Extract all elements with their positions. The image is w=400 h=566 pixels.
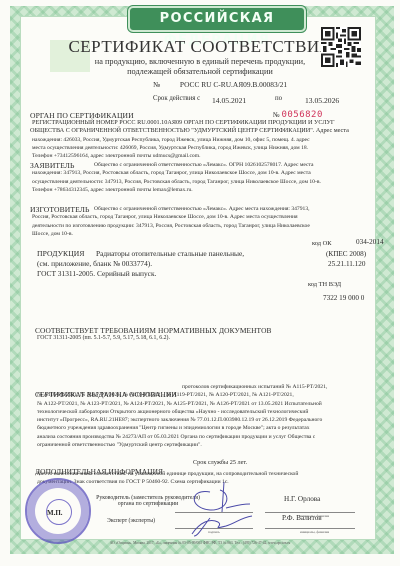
head-name: Н.Г. Орлова (284, 495, 320, 503)
basis-text: протоколов сертификационных испытаний № … (37, 383, 382, 449)
country-banner: РОССИЙСКАЯ ФЕДЕРАЦИЯ (128, 6, 306, 32)
certificate-number: РОСС RU С-RU.АЯ09.В.00083/21 (180, 80, 287, 89)
number-label: № (153, 80, 160, 89)
text-line: осуществления деятельности: 347913, Росс… (32, 178, 380, 186)
text-line: нахождения: 347913, Россия, Ростовская о… (32, 169, 380, 177)
signature-scribble-icon (180, 478, 260, 538)
subtitle-line: подлежащей обязательной сертификации (0, 67, 400, 77)
qr-code-icon (321, 27, 361, 67)
text-line: Шоссе, дом 10-в. (32, 230, 380, 238)
expert-initials-caption: инициалы, фамилия (300, 530, 329, 534)
product-name: Радиаторы отопительные стальные панельны… (96, 249, 244, 258)
text-line: Россия, Ростовская область, город Таганр… (32, 213, 380, 221)
text-line: Телефон +78634312345, адрес электронной … (32, 186, 380, 194)
stamp-label: М.П. (47, 509, 63, 517)
service-life: Срок службы 25 лет. (193, 459, 247, 466)
head-name-line (265, 512, 355, 513)
certification-body-text: РЕГИСТРАЦИОННЫЙ НОМЕР РОСС RU.0001.10АЯ0… (32, 119, 377, 160)
product-appendix: (см. приложение, бланк № 0033774). (37, 259, 152, 268)
tn-ved-label: код ТН ВЭД (308, 281, 341, 288)
text-line: анализа состояния производства № 24273/А… (37, 433, 382, 441)
product-standard: ГОСТ 31311-2005. Серийный выпуск. (37, 269, 156, 278)
valid-to: 13.05.2026 (305, 96, 339, 105)
text-line: институт «Прогресс», RA.RU.21НЕ87; экспе… (37, 416, 382, 424)
expert-label: Эксперт (эксперты) (107, 518, 155, 524)
applicant-text: Общество с ограниченной ответственностью… (32, 161, 380, 194)
ok-code-standard: 034-2014 (356, 238, 384, 246)
ok-code-class: (КПЕС 2008) (326, 250, 366, 258)
certificate-number-row: № РОСС RU С-RU.АЯ09.В.00083/21 (153, 80, 287, 89)
ok-code-label: код ОК (312, 240, 332, 247)
blank-number-label: № (273, 111, 280, 119)
text-line: технологической лаборатории Открытого ак… (37, 408, 382, 416)
text-line: места осуществления деятельности: 426069… (32, 144, 377, 152)
expert-name-line (265, 528, 355, 529)
text-line: Телефон +73412596164, адрес электронной … (32, 152, 377, 160)
text-line: ОБЩЕСТВА С ОГРАНИЧЕННОЙ ОТВЕТСТВЕННОСТЬЮ… (30, 127, 377, 135)
text-line: Общество с ограниченной ответственностью… (32, 205, 380, 213)
validity-label: Срок действия с (153, 95, 200, 102)
tn-ved-value: 7322 19 000 0 (323, 294, 364, 302)
product-label: ПРОДУКЦИЯ (37, 249, 85, 258)
manufacturer-text: Общество с ограниченной ответственностью… (32, 205, 380, 238)
text-line: Общество с ограниченной ответственностью… (32, 161, 380, 169)
text-line: деятельности по изготовлению продукции: … (32, 222, 380, 230)
ok-code-value: 25.21.11.120 (328, 260, 365, 268)
compliance-label: СООТВЕТСТВУЕТ ТРЕБОВАНИЯМ НОРМАТИВНЫХ ДО… (35, 326, 272, 335)
text-line: бюджетного учреждения здравоохранения "Ц… (37, 424, 382, 432)
text-line: ограниченной ответственностью "Удмуртски… (37, 441, 382, 449)
printer-imprint: АО «Опцион», Москва, 2017, «Б», лицензия… (30, 541, 370, 545)
expert-name: Р.Ф. Валитов (282, 514, 322, 522)
valid-from: 14.05.2021 (212, 96, 246, 105)
text-line: нахождения: 426033, Россия, Удмуртская Р… (32, 136, 377, 144)
validity-to-label: по (275, 95, 282, 102)
text-line: № А116-РТ/2021, № А117-РТ/2021, № А118-Р… (37, 391, 382, 399)
text-line: протоколов сертификационных испытаний № … (37, 383, 382, 391)
compliance-text: ГОСТ 31311-2005 (пп. 5.1-5.7, 5.9, 5.17,… (37, 335, 170, 341)
text-line: № А122-РТ/2021, № А123-РТ/2021, № А124-Р… (37, 400, 382, 408)
